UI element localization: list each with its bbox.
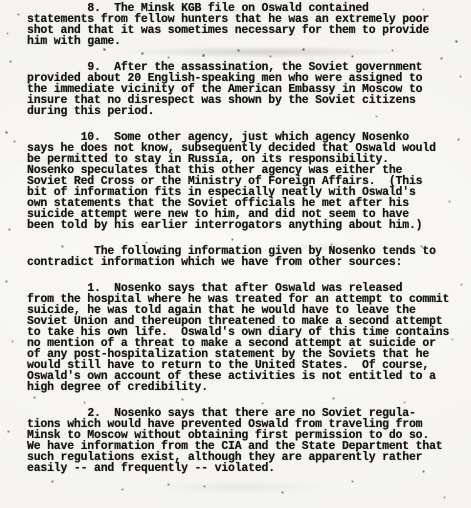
paragraph-item-9: 9. After the assassination, the Soviet g… xyxy=(27,62,465,117)
paragraph-item-1: 1. Nosenko says that after Oswald was re… xyxy=(27,283,465,393)
paragraph-item-10: 10. Some other agency, just which agency… xyxy=(27,132,465,231)
scan-noise-speckles xyxy=(0,0,1,1)
paragraph-item-8: 8. The Minsk KGB file on Oswald containe… xyxy=(27,3,465,47)
paragraph-intro: The following information given by Nosen… xyxy=(27,246,465,268)
paragraph-item-2: 2. Nosenko says that there are no Soviet… xyxy=(27,408,465,474)
scanned-document-page: 8. The Minsk KGB file on Oswald containe… xyxy=(0,0,471,508)
